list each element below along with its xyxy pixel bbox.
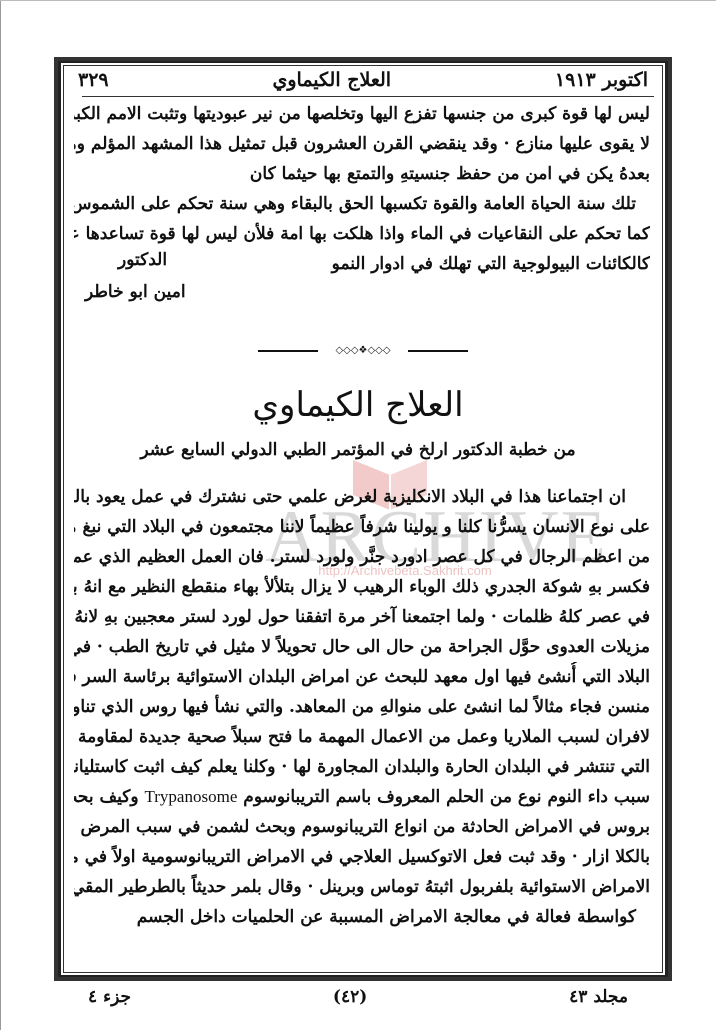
header-running-title: العلاج الكيماوي <box>272 69 391 91</box>
article-subtitle: من خطبة الدكتور ارلخ في المؤتمر الطبي ال… <box>0 440 716 460</box>
text-line: في عصر كلهُ ظلمات · ولما اجتمعنا آخر مرة… <box>74 602 650 632</box>
text-line: كواسطة فعالة في معالجة الامراض المسببة ع… <box>74 902 650 932</box>
article-body: ان اجتماعنا هذا في البلاد الانكليزية لغر… <box>74 482 650 932</box>
text-line: لافران لسبب الملاريا وعمل من الاعمال الم… <box>74 722 650 752</box>
text-line-with-latin: سبب داء النوم نوع من الحلم المعروف باسم … <box>74 782 650 812</box>
divider-bar-right <box>408 350 468 352</box>
text-line: مزيلات العدوى حوَّل الجراحة من حال الى ح… <box>74 632 650 662</box>
text-line: كما تحكم على النقاعيات في الماء واذا هلك… <box>74 219 650 249</box>
text-line: على نوع الانسان يسرُّنا كلنا و يولينا شر… <box>74 512 650 542</box>
section-divider: ◇◇◇❖◇◇◇ <box>258 345 468 357</box>
text-line: تلك سنة الحياة العامة والقوة تكسبها الحق… <box>74 189 650 219</box>
article-title: العلاج الكيماوي <box>0 385 716 425</box>
divider-bar-left <box>258 350 318 352</box>
signature-name: امين ابو خاطر <box>85 282 186 302</box>
divider-ornament: ◇◇◇❖◇◇◇ <box>316 345 410 357</box>
text-segment: سبب داء النوم نوع من الحلم المعروف باسم … <box>237 787 650 807</box>
footer-sequence: (٤٢) <box>333 987 367 1007</box>
text-line: لا يقوى عليها منازع · وقد ينقضي القرن ال… <box>74 129 650 159</box>
text-line: التي تنتشر في البلدان الحارة والبلدان ال… <box>74 752 650 782</box>
text-line: الامراض الاستوائية بلفربول اثبتهُ توماس … <box>74 872 650 902</box>
latin-term: Trypanosome <box>144 787 237 806</box>
text-line: منسن فجاء مثالاً لما انشئ على منوالهِ من… <box>74 692 650 722</box>
footer-volume: مجلد ٤٣ <box>569 987 628 1007</box>
text-line: ليس لها قوة كبرى من جنسها تفزع اليها وتخ… <box>74 99 650 129</box>
footer-issue: جزء ٤ <box>88 987 131 1007</box>
header-rule <box>82 96 654 97</box>
signature-title: الدكتور <box>118 250 167 270</box>
text-line: ان اجتماعنا هذا في البلاد الانكليزية لغر… <box>74 482 650 512</box>
text-line: فكسر بهِ شوكة الجدري ذلك الوباء الرهيب ل… <box>74 572 650 602</box>
running-header: اكتوبر ١٩١٣ العلاج الكيماوي ٣٢٩ <box>78 66 648 94</box>
text-line: بروس في الامراض الحادثة من انواع التريبا… <box>74 812 650 842</box>
text-segment: وكيف بحث <box>74 787 139 807</box>
scan-edge-top <box>0 0 716 1</box>
text-line: من اعظم الرجال في كل عصر ادورد جنَّر ولو… <box>74 542 650 572</box>
text-line: بالكلا ازار · وقد ثبت فعل الاتوكسيل العل… <box>74 842 650 872</box>
header-date: اكتوبر ١٩١٣ <box>555 69 648 91</box>
text-line: البلاد التي أُنشئ فيها اول معهد للبحث عن… <box>74 662 650 692</box>
page-footer: مجلد ٤٣ (٤٢) جزء ٤ <box>88 987 628 1007</box>
scan-edge-left <box>0 0 1 1030</box>
text-line: بعدهُ يكن في امن من حفظ جنسيتهِ والتمتع … <box>74 159 650 189</box>
header-page-number: ٣٢٩ <box>78 69 109 91</box>
